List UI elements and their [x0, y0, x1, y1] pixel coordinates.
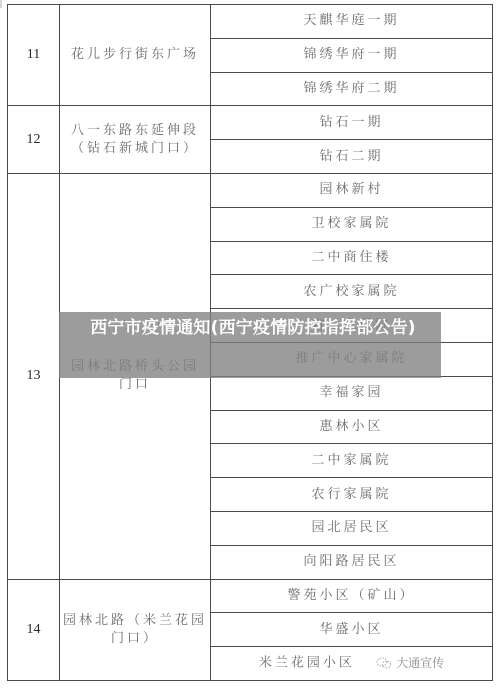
row-number: 13: [8, 173, 60, 579]
watermark-text: 大通宣传: [396, 654, 444, 672]
table-row: 11 花儿步行街东广场 天麒华庭一期: [8, 5, 493, 39]
community-cell: 幸福家园: [211, 376, 493, 410]
community-cell: 钻石二期: [211, 140, 493, 174]
row-number: 12: [8, 106, 60, 174]
community-name: 米兰花园小区: [259, 656, 355, 671]
community-cell: 向阳路居民区: [211, 545, 493, 579]
watermark: 大通宣传: [376, 654, 444, 672]
overlay-title: 西宁市疫情通知(西宁疫情防控指挥部公告): [67, 316, 439, 341]
location-cell: 八一东路东延伸段 （钻石新城门口）: [60, 106, 211, 174]
community-cell: 农行家属院: [211, 478, 493, 512]
table-row: 12 八一东路东延伸段 （钻石新城门口） 钻石一期: [8, 106, 493, 140]
table-row: 14 园林北路（米兰花园 门口） 警苑小区（矿山）: [8, 579, 493, 613]
table-row: 13 园林北路桥头公园 门口 园林新村: [8, 173, 493, 207]
community-cell: 天麒华庭一期: [211, 5, 493, 39]
location-line: 八一东路东延伸段: [60, 122, 210, 140]
row-number: 14: [8, 579, 60, 680]
community-cell: 园北居民区: [211, 511, 493, 545]
location-line: 门口）: [60, 630, 210, 648]
community-cell: 锦绣华府二期: [211, 72, 493, 106]
community-cell: 华盛小区: [211, 613, 493, 647]
location-cell: 园林北路（米兰花园 门口）: [60, 579, 211, 680]
community-cell: 警苑小区（矿山）: [211, 579, 493, 613]
row-number: 11: [8, 5, 60, 106]
location-line: 花儿步行街东广场: [60, 46, 210, 64]
community-cell: 惠林小区: [211, 410, 493, 444]
location-cell: 花儿步行街东广场: [60, 5, 211, 106]
location-line: 门口: [60, 376, 210, 394]
community-cell: 卫校家属院: [211, 207, 493, 241]
location-line: （钻石新城门口）: [60, 140, 210, 158]
community-cell: 农广校家属院: [211, 275, 493, 309]
community-cell: 园林新村: [211, 173, 493, 207]
wechat-icon: [376, 657, 392, 669]
community-cell: 二中家属院: [211, 444, 493, 478]
community-cell: 二中商住楼: [211, 241, 493, 275]
document-page: 11 花儿步行街东广场 天麒华庭一期 锦绣华府一期 锦绣华府二期 12 八一东路…: [0, 0, 500, 692]
community-cell: 锦绣华府一期: [211, 38, 493, 72]
community-cell: 钻石一期: [211, 106, 493, 140]
location-line: 园林北路（米兰花园: [60, 612, 210, 630]
page-edge-rule: [0, 0, 2, 8]
community-cell: 米兰花园小区 大通宣传: [211, 647, 493, 681]
